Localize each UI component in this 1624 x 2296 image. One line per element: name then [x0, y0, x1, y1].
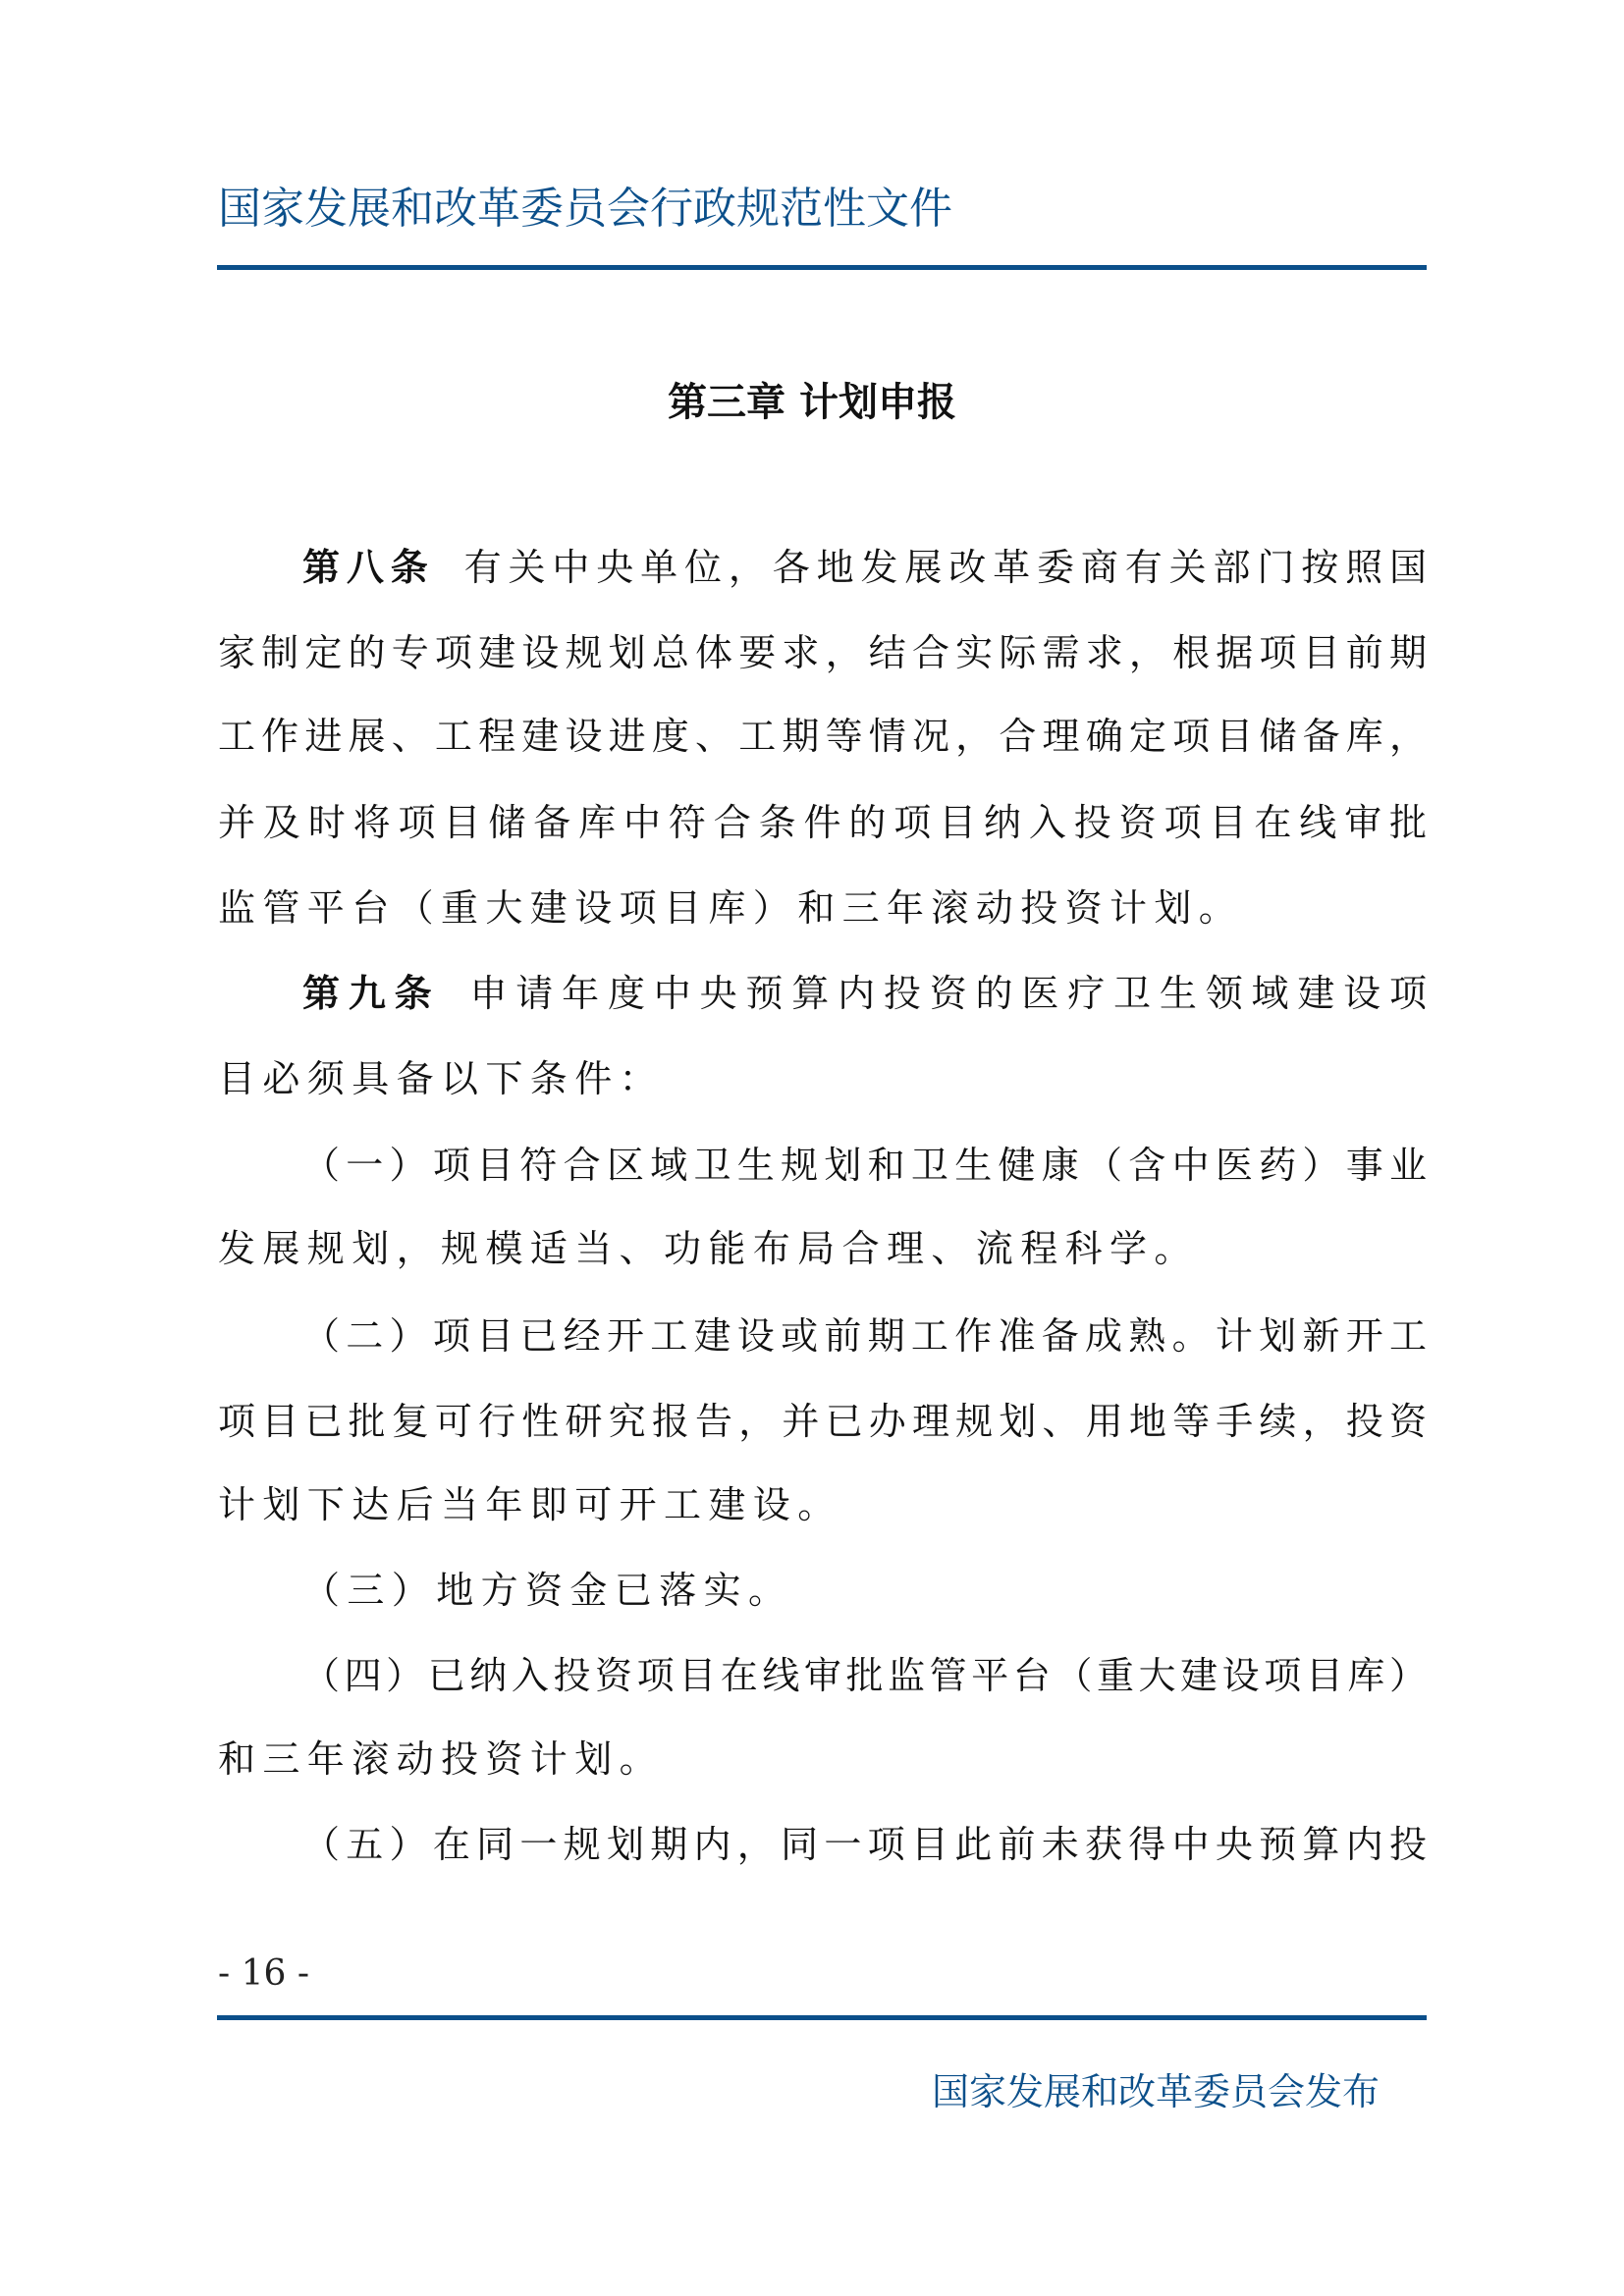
condition-1-line-2: 发展规划，规模适当、功能布局合理、流程科学。 [218, 1224, 1427, 1273]
condition-2-line-3: 计划下达后当年即可开工建设。 [218, 1480, 1427, 1529]
article-label: 第八条 [302, 546, 435, 589]
header-divider [217, 265, 1427, 270]
header-title: 国家发展和改革委员会行政规范性文件 [218, 173, 952, 236]
article-text: 申请年度中央预算内投资的医疗卫生领域建设项 [469, 972, 1427, 1015]
condition-3-line-1: （三）地方资金已落实。 [302, 1566, 1427, 1615]
chapter-title: 第三章 计划申报 [0, 371, 1624, 427]
article-label: 第九条 [302, 972, 440, 1015]
condition-2-line-2: 项目已批复可行性研究报告，并已办理规划、用地等手续，投资 [218, 1397, 1427, 1446]
condition-4-line-2: 和三年滚动投资计划。 [218, 1735, 1427, 1784]
footer-divider [217, 2015, 1427, 2020]
article-8-line-1: 第八条有关中央单位，各地发展改革委商有关部门按照国 [302, 543, 1427, 592]
page-number: - 16 - [218, 1953, 309, 1994]
article-9-line-1: 第九条申请年度中央预算内投资的医疗卫生领域建设项 [302, 969, 1427, 1018]
article-text: 有关中央单位，各地发展改革委商有关部门按照国 [464, 546, 1427, 589]
article-8-line-2: 家制定的专项建设规划总体要求，结合实际需求，根据项目前期 [218, 628, 1427, 677]
condition-1-line-1: （一）项目符合区域卫生规划和卫生健康（含中医药）事业 [302, 1141, 1427, 1190]
condition-4-line-1: （四）已纳入投资项目在线审批监管平台（重大建设项目库） [302, 1651, 1427, 1700]
condition-5-line-1: （五）在同一规划期内，同一项目此前未获得中央预算内投 [302, 1820, 1427, 1869]
article-8-line-3: 工作进展、工程建设进度、工期等情况，合理确定项目储备库， [218, 712, 1427, 761]
condition-2-line-1: （二）项目已经开工建设或前期工作准备成熟。计划新开工 [302, 1311, 1427, 1361]
article-8-line-4: 并及时将项目储备库中符合条件的项目纳入投资项目在线审批 [218, 798, 1427, 847]
article-9-line-2: 目必须具备以下条件： [218, 1054, 1427, 1103]
publisher-label: 国家发展和改革委员会发布 [932, 2061, 1380, 2115]
article-8-line-5: 监管平台（重大建设项目库）和三年滚动投资计划。 [218, 883, 1427, 933]
